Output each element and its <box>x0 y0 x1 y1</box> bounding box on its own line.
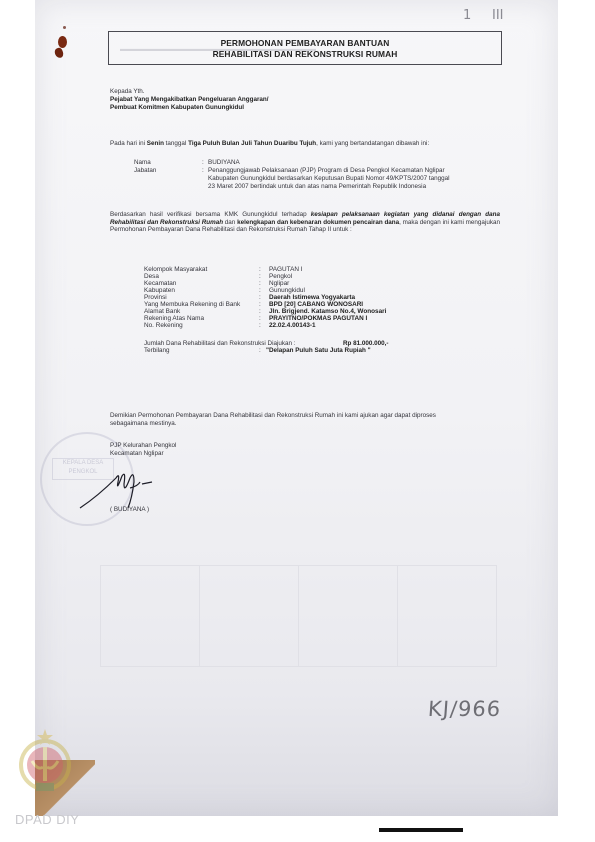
title-line-1: PERMOHONAN PEMBAYARAN BANTUAN <box>109 38 501 49</box>
colon: : <box>259 347 261 355</box>
position-line-1: Penanggungjawab Pelaksanaan (PJP) Progra… <box>208 167 500 175</box>
amount-words-label: Terbilang <box>144 347 170 355</box>
position-line-3: 23 Maret 2007 bertindak untuk dan atas n… <box>208 183 426 191</box>
signature-role: PJP Kelurahan Pengkol <box>110 442 176 450</box>
handwritten-reference: KJ/966 <box>427 697 502 721</box>
opening-day: Senin <box>147 140 164 147</box>
document-title-box: PERMOHONAN PEMBAYARAN BANTUAN REHABILITA… <box>108 31 502 65</box>
position-label: Jabatan <box>134 167 156 175</box>
detail-row: No. Rekening:22.02.4.00143-1 <box>144 322 316 329</box>
addressee-line-1: Pejabat Yang Mengakibatkan Pengeluaran A… <box>110 96 269 104</box>
salutation: Kepada Yth. <box>110 88 145 96</box>
colon: : <box>202 159 204 167</box>
position-line-2: Kabupaten Gunungkidul berdasarkan Keputu… <box>208 175 450 183</box>
addressee-line-2: Pembuat Komitmen Kabupaten Gunungkidul <box>110 104 244 112</box>
handwritten-signature <box>78 468 168 510</box>
closing-line-1: Demikian Permohonan Pembayaran Dana Reha… <box>110 412 436 420</box>
opening-date: Tiga Puluh Bulan Juli Tahun Duaribu Tuju… <box>188 140 316 147</box>
document-page <box>35 0 558 816</box>
page-roman-mark: III <box>492 8 504 23</box>
amount-words-value: "Delapan Puluh Satu Juta Rupiah " <box>266 347 371 355</box>
name-label: Nama <box>134 159 151 167</box>
ink-stain <box>58 36 67 48</box>
name-value: BUDIYANA <box>208 159 240 167</box>
basis-paragraph: Berdasarkan hasil verifikasi bersama KMK… <box>110 211 500 234</box>
watermark-text: DPAD DIY <box>15 812 79 827</box>
page-number-mark: 1 <box>463 8 471 23</box>
opening-sentence: Pada hari ini Senin tanggal Tiga Puluh B… <box>110 140 429 148</box>
ink-stain <box>63 26 66 29</box>
emblem-watermark-icon <box>16 727 74 795</box>
signature-district: Kecamatan Nglipar <box>110 450 164 458</box>
closing-line-2: sebagaimana mestinya. <box>110 420 177 428</box>
show-through-table <box>100 565 497 667</box>
colon: : <box>202 167 204 175</box>
bottom-bar <box>379 828 463 832</box>
title-line-2: REHABILITASI DAN REKONSTRUKSI RUMAH <box>109 49 501 60</box>
signature-name: ( BUDIYANA ) <box>110 506 149 514</box>
